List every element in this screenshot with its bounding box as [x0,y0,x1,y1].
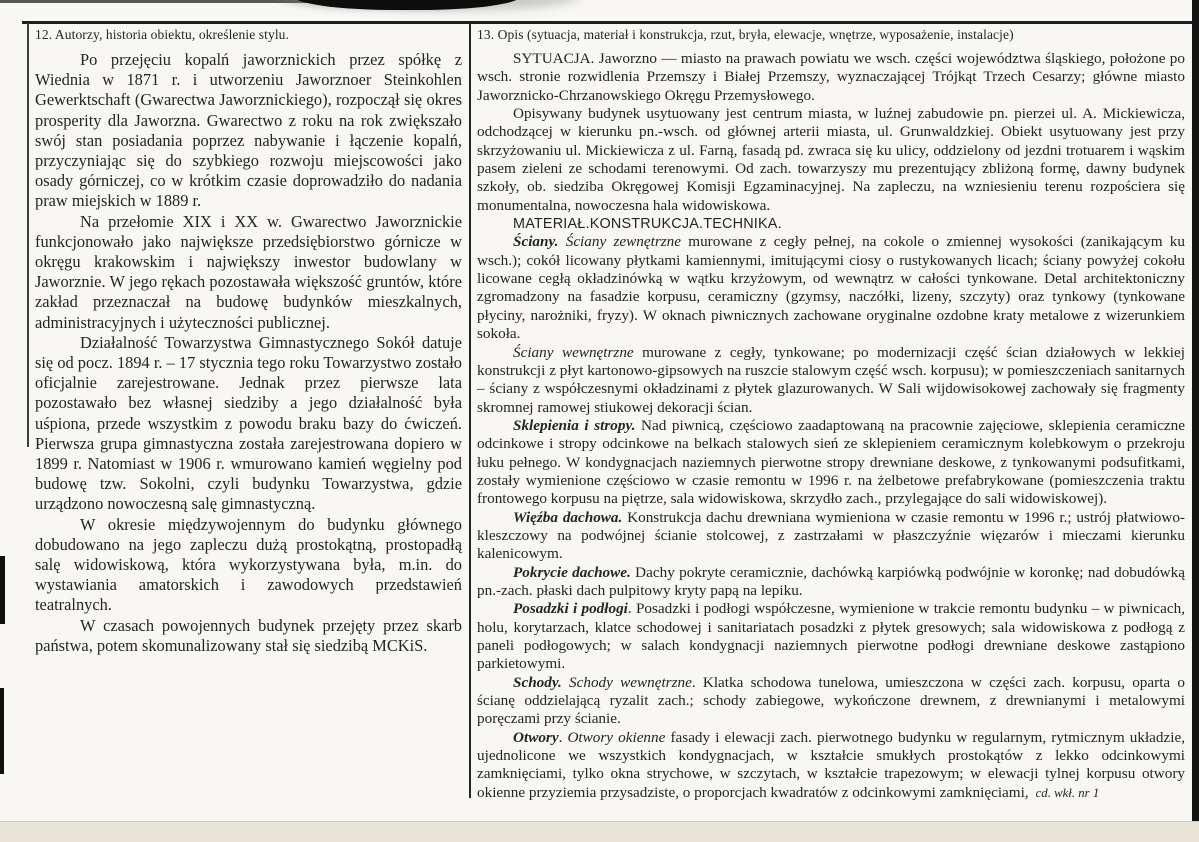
text-run: Otwory okienne [567,729,665,746]
text-run: Po przejęciu kopalń jaworznickich przez … [35,50,462,210]
text-run: MATERIAŁ.KONSTRUKCJA.TECHNIKA. [513,216,782,232]
text-run: Ściany zewnętrzne [566,233,681,250]
text-run: W okresie międzywojennym do budynku głów… [35,515,462,615]
document-scan: 12. Autorzy, historia obiektu, określeni… [0,0,1199,842]
section-13-body: SYTUACJA. Jaworzno — miasto na prawach p… [477,50,1185,802]
section-13-header: 13. Opis (sytuacja, materiał i konstrukc… [477,27,1185,43]
section-13-description: 13. Opis (sytuacja, materiał i konstrukc… [477,27,1185,802]
paragraph: Posadzki i podłogi. Posadzki i podłogi w… [477,600,1185,673]
text-run [562,674,569,691]
scan-left-edge-mark [0,556,5,624]
paragraph: Pokrycie dachowe. Dachy pokryte ceramicz… [477,564,1185,601]
text-run: Sklepienia i stropy. [513,417,635,434]
text-run: Schody. [513,674,562,691]
text-run: Opisywany budynek usytuowany jest centru… [477,105,1185,214]
section-12-body: Po przejęciu kopalń jaworznickich przez … [35,50,462,656]
text-run: Otwory [513,729,559,746]
paragraph: Schody. Schody wewnętrzne. Klatka schodo… [477,674,1185,729]
paragraph: Po przejęciu kopalń jaworznickich przez … [35,50,462,212]
text-run: W czasach powojennych budynek przejęty p… [35,616,462,655]
text-run: SYTUACJA. Jaworzno — miasto na prawach p… [477,50,1185,104]
paragraph: Opisywany budynek usytuowany jest centru… [477,105,1185,215]
section-12-authors-history: 12. Autorzy, historia obiektu, określeni… [35,27,462,656]
scan-right-edge [1192,0,1199,822]
paragraph: Na przełomie XIX i XX w. Gwarectwo Jawor… [35,212,462,333]
table-left-border [27,23,29,447]
paragraph: SYTUACJA. Jaworzno — miasto na prawach p… [477,50,1185,105]
text-run [558,233,565,250]
paragraph: Więźba dachowa. Konstrukcja dachu drewni… [477,509,1185,564]
paragraph: MATERIAŁ.KONSTRUKCJA.TECHNIKA. [477,215,1185,233]
paragraph: W okresie międzywojennym do budynku głów… [35,515,462,616]
scan-left-edge-mark [0,688,4,774]
text-run: Więźba dachowa. [513,509,622,526]
paragraph: Otwory. Otwory okienne fasady i elewacji… [477,729,1185,802]
scan-bottom-strip [0,821,1199,842]
text-run: Pokrycie dachowe. [513,564,631,581]
continuation-note: cd. wkł. nr 1 [1029,786,1100,800]
text-run: Ściany. [513,233,558,250]
text-run: Ściany wewnętrzne [513,344,634,361]
paragraph: Ściany. Ściany zewnętrzne murowane z ceg… [477,233,1185,343]
scan-shadow-blob [293,0,521,10]
paragraph: Działalność Towarzystwa Gimnastycznego S… [35,333,462,515]
paragraph: Sklepienia i stropy. Nad piwnicą, części… [477,417,1185,509]
table-top-border [22,21,1192,24]
text-run: Działalność Towarzystwa Gimnastycznego S… [35,333,462,514]
paragraph: Ściany wewnętrzne murowane z cegły, tynk… [477,344,1185,417]
text-run: Schody wewnętrzne [569,674,692,691]
section-12-header: 12. Autorzy, historia obiektu, określeni… [35,27,462,43]
paragraph: W czasach powojennych budynek przejęty p… [35,616,462,656]
text-run: Na przełomie XIX i XX w. Gwarectwo Jawor… [35,212,462,332]
column-divider [469,23,471,798]
text-run: Posadzki i podłogi [513,600,628,617]
